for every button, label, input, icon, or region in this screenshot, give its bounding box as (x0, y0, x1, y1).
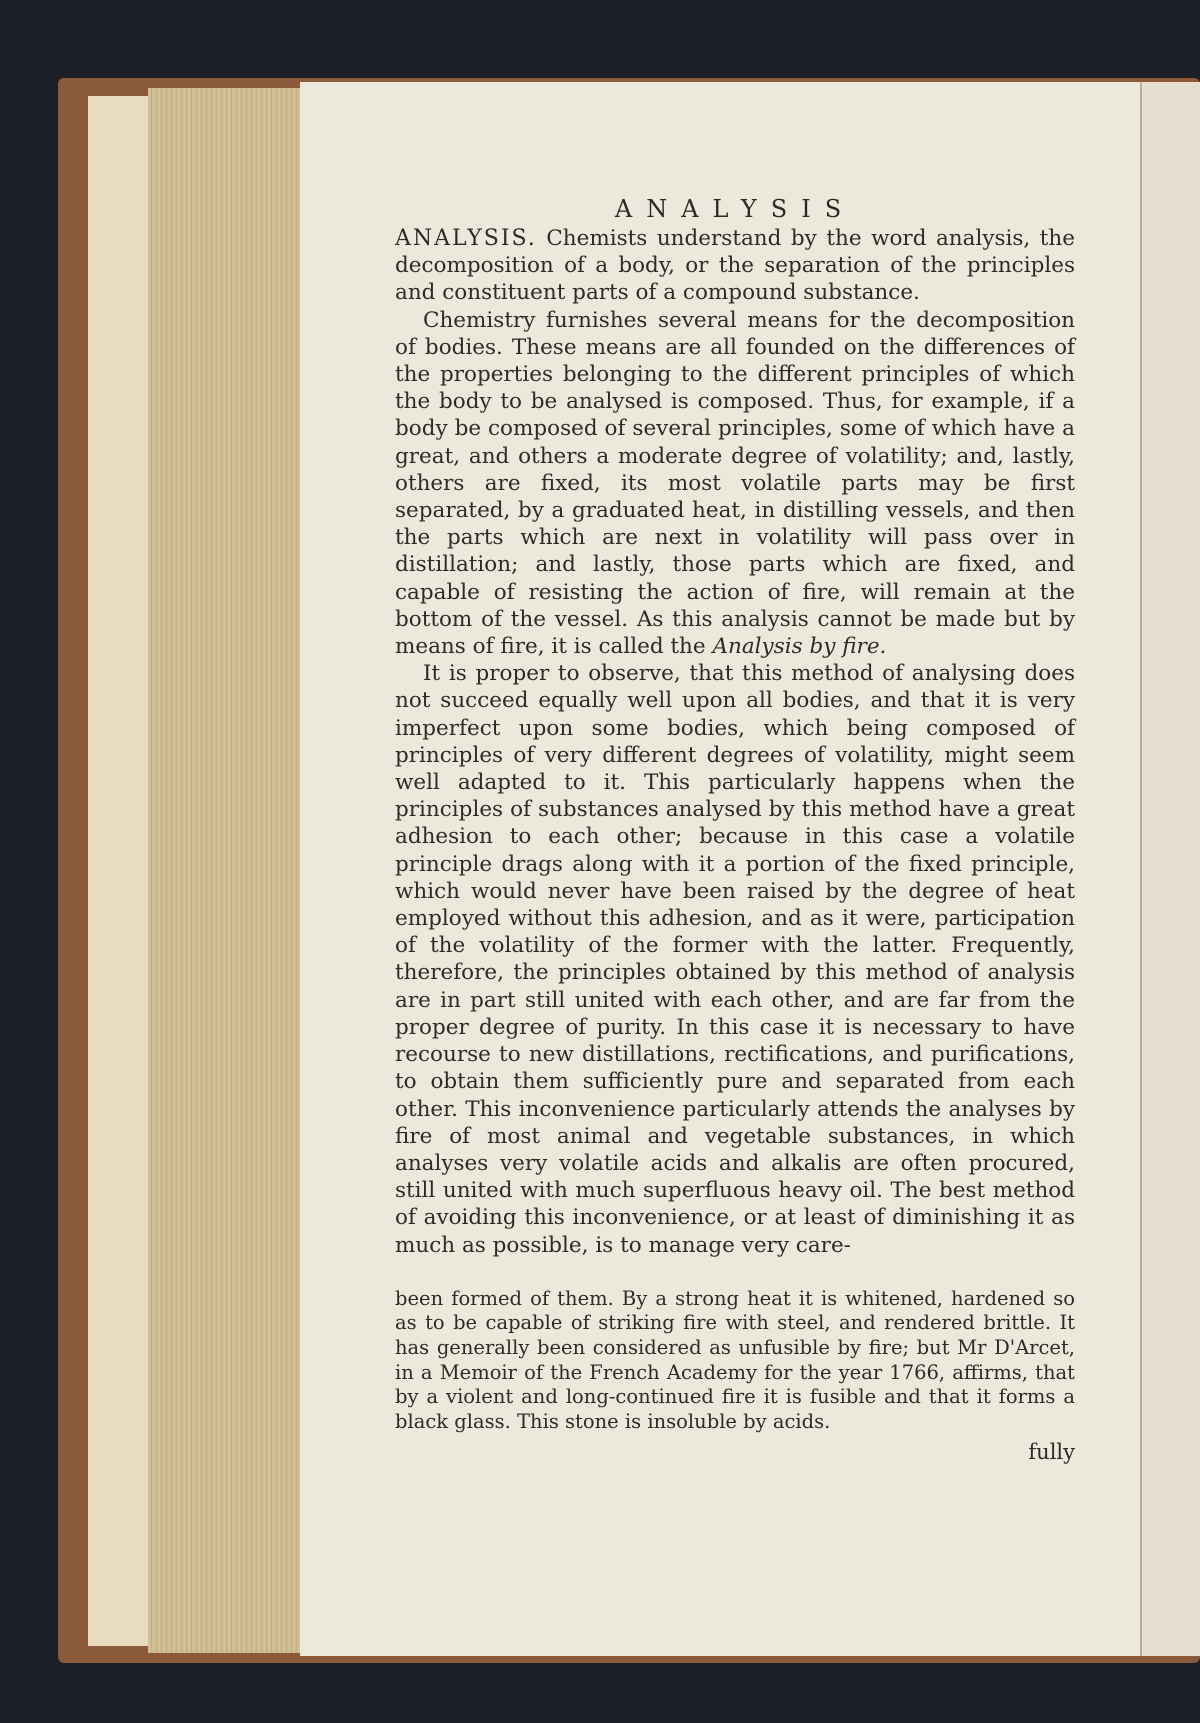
paragraph-1: ANALYSIS. Chemists understand by the wor… (395, 225, 1075, 307)
entry-term: ANALYSIS. (395, 226, 537, 251)
page-content: ANALYSIS ANALYSIS. Chemists understand b… (395, 195, 1075, 1464)
page-stack-edges (148, 88, 300, 1653)
running-head: ANALYSIS (395, 195, 1075, 223)
right-page-edge (1140, 82, 1200, 1656)
catchword: fully (395, 1440, 1075, 1464)
paragraph-2-text: Chemistry furnishes several means for th… (395, 308, 1075, 659)
left-page-edge (88, 96, 150, 1646)
paragraph-3-text: It is proper to observe, that this metho… (395, 661, 1075, 1257)
paragraph-3: It is proper to observe, that this metho… (395, 660, 1075, 1258)
body-text: ANALYSIS. Chemists understand by the wor… (395, 225, 1075, 1259)
paragraph-2: Chemistry furnishes several means for th… (395, 307, 1075, 661)
footnote: been formed of them. By a strong heat it… (395, 1287, 1075, 1435)
italic-term: Analysis by fire. (712, 634, 886, 659)
